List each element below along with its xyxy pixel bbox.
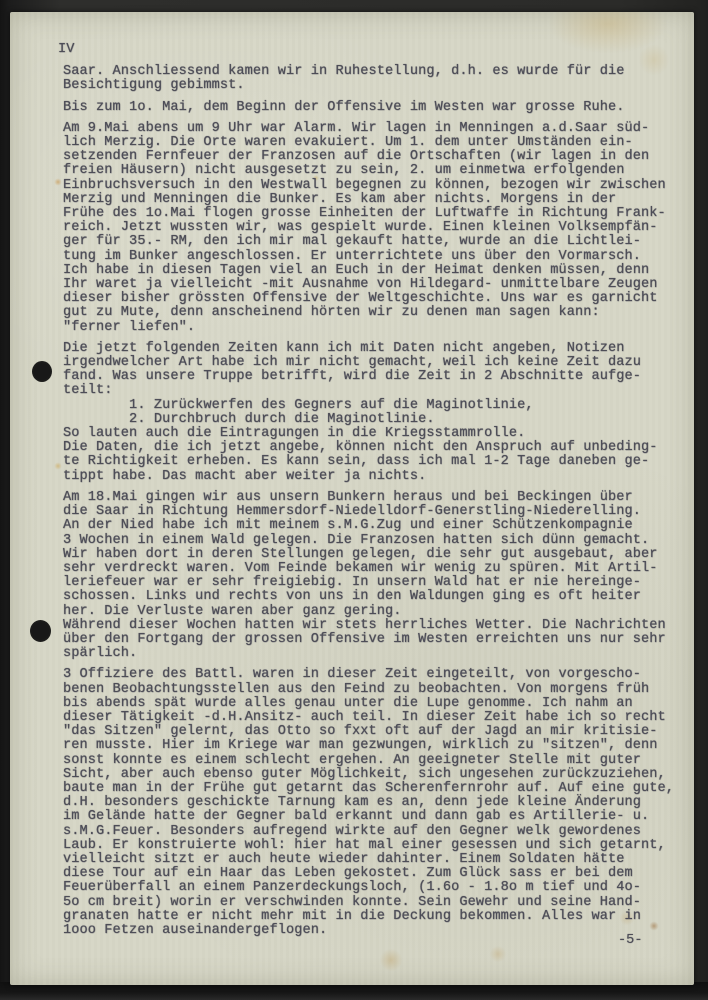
typewritten-line: ren musste. Hier im Kriege war man gezwu… — [63, 739, 675, 753]
typewritten-line: Ich habe in diesen Tagen viel an Euch in… — [63, 264, 675, 278]
typewritten-line: dieser Tätigkeit -d.H.Ansitz- auch teil.… — [63, 711, 675, 725]
typewritten-line: Laub. Er konstruierte wohl: hier hat mal… — [63, 839, 675, 853]
punch-hole-bottom — [30, 620, 51, 642]
typewritten-line: Merzig und Menningen die Bunker. Es kam … — [63, 193, 675, 207]
typewritten-line: über den Fortgang der grossen Offensive … — [63, 633, 675, 647]
typewritten-line: benen Beobachtungsstellen aus den Feind … — [63, 683, 675, 697]
typewritten-line: schossen. Links und rechts von uns in de… — [63, 590, 675, 604]
typewritten-line: tippt habe. Das macht aber weiter ja nic… — [63, 470, 675, 484]
paragraph: Am 18.Mai gingen wir aus unsern Bunkern … — [63, 491, 675, 661]
typewritten-line: bis abends spät wurde alles genau unter … — [63, 697, 675, 711]
section-numeral: IV — [58, 43, 675, 57]
page-content: IV Saar. Anschliessend kamen wir in Ruhe… — [63, 43, 675, 945]
typewritten-line: sehr verdreckt waren. Vom Feinde bekamen… — [63, 562, 675, 576]
document-page: IV Saar. Anschliessend kamen wir in Ruhe… — [10, 12, 694, 985]
scanner-background: { "colors": { "background": "#2b2b29", "… — [0, 0, 708, 1000]
typewritten-line: her. Die Verluste waren aber ganz gering… — [63, 605, 675, 619]
body-text: Saar. Anschliessend kamen wir in Ruheste… — [63, 65, 675, 938]
typewritten-line: Besichtigung gebimmst. — [63, 79, 675, 93]
typewritten-line: Wir haben dort in deren Stellungen geleg… — [63, 548, 675, 562]
typewritten-line: tung im Bunker angeschlossen. Er unterri… — [63, 250, 675, 264]
typewritten-line: freien Häusern) nicht ausgesetzt zu sein… — [63, 164, 675, 178]
typewritten-line: Sicht, aber auch ebenso guter Möglichkei… — [63, 768, 675, 782]
typewritten-line: sonst konnte es einem schlecht ergehen. … — [63, 754, 675, 768]
typewritten-line: 3 Wochen in einem Wald gelegen. Die Fran… — [63, 534, 675, 548]
typewritten-line: fand. Was unsere Truppe betrifft, wird d… — [63, 370, 675, 384]
typewritten-line: Während dieser Wochen hatten wir stets h… — [63, 619, 675, 633]
typewritten-line: teilt: — [63, 384, 675, 398]
typewritten-line: 5o cm breit) worin er verschwinden konnt… — [63, 896, 675, 910]
typewritten-line: im Gelände hatte der Gegner bald erkannt… — [63, 810, 675, 824]
typewritten-line: "ferner liefen". — [63, 321, 675, 335]
paragraph: Saar. Anschliessend kamen wir in Ruheste… — [63, 65, 675, 93]
typewritten-line: spärlich. — [63, 647, 675, 661]
typewritten-line: Bis zum 1o. Mai, dem Beginn der Offensiv… — [63, 101, 675, 115]
paragraph: Die jetzt folgenden Zeiten kann ich mit … — [63, 342, 675, 484]
typewritten-line: An der Nied habe ich mit meinem s.M.G.Zu… — [63, 519, 675, 533]
typewritten-line: 2. Durchbruch durch die Maginotlinie. — [63, 413, 675, 427]
paragraph: Bis zum 1o. Mai, dem Beginn der Offensiv… — [63, 101, 675, 115]
paragraph: 3 Offiziere des Battl. waren in dieser Z… — [63, 668, 675, 938]
typewritten-line: gut zu Mute, denn anscheinend hörten wir… — [63, 306, 675, 320]
paragraph: Am 9.Mai abens um 9 Uhr war Alarm. Wir l… — [63, 122, 675, 335]
typewritten-line: te Richtigkeit erheben. Es kann sein, da… — [63, 455, 675, 469]
typewritten-line: Am 9.Mai abens um 9 Uhr war Alarm. Wir l… — [63, 122, 675, 136]
typewritten-line: granaten hatte er nicht mehr mit in die … — [63, 910, 675, 924]
typewritten-line: Die jetzt folgenden Zeiten kann ich mit … — [63, 342, 675, 356]
typewritten-line: Feuerüberfall an einem Panzerdeckungsloc… — [63, 881, 675, 895]
typewritten-line: ger für 35.- RM, den ich mir mal gekauft… — [63, 235, 675, 249]
typewritten-line: s.M.G.Feuer. Besonders aufregend wirkte … — [63, 825, 675, 839]
typewritten-line: 1. Zurückwerfen des Gegners auf die Magi… — [63, 399, 675, 413]
typewritten-line: 3 Offiziere des Battl. waren in dieser Z… — [63, 668, 675, 682]
typewritten-line: 1ooo Fetzen auseinandergeflogen. — [63, 924, 675, 938]
typewritten-line: Einbruchsversuch in den Westwall begegne… — [63, 179, 675, 193]
page-number: -5- — [618, 933, 642, 948]
punch-hole-top — [32, 361, 52, 382]
typewritten-line: Am 18.Mai gingen wir aus unsern Bunkern … — [63, 491, 675, 505]
